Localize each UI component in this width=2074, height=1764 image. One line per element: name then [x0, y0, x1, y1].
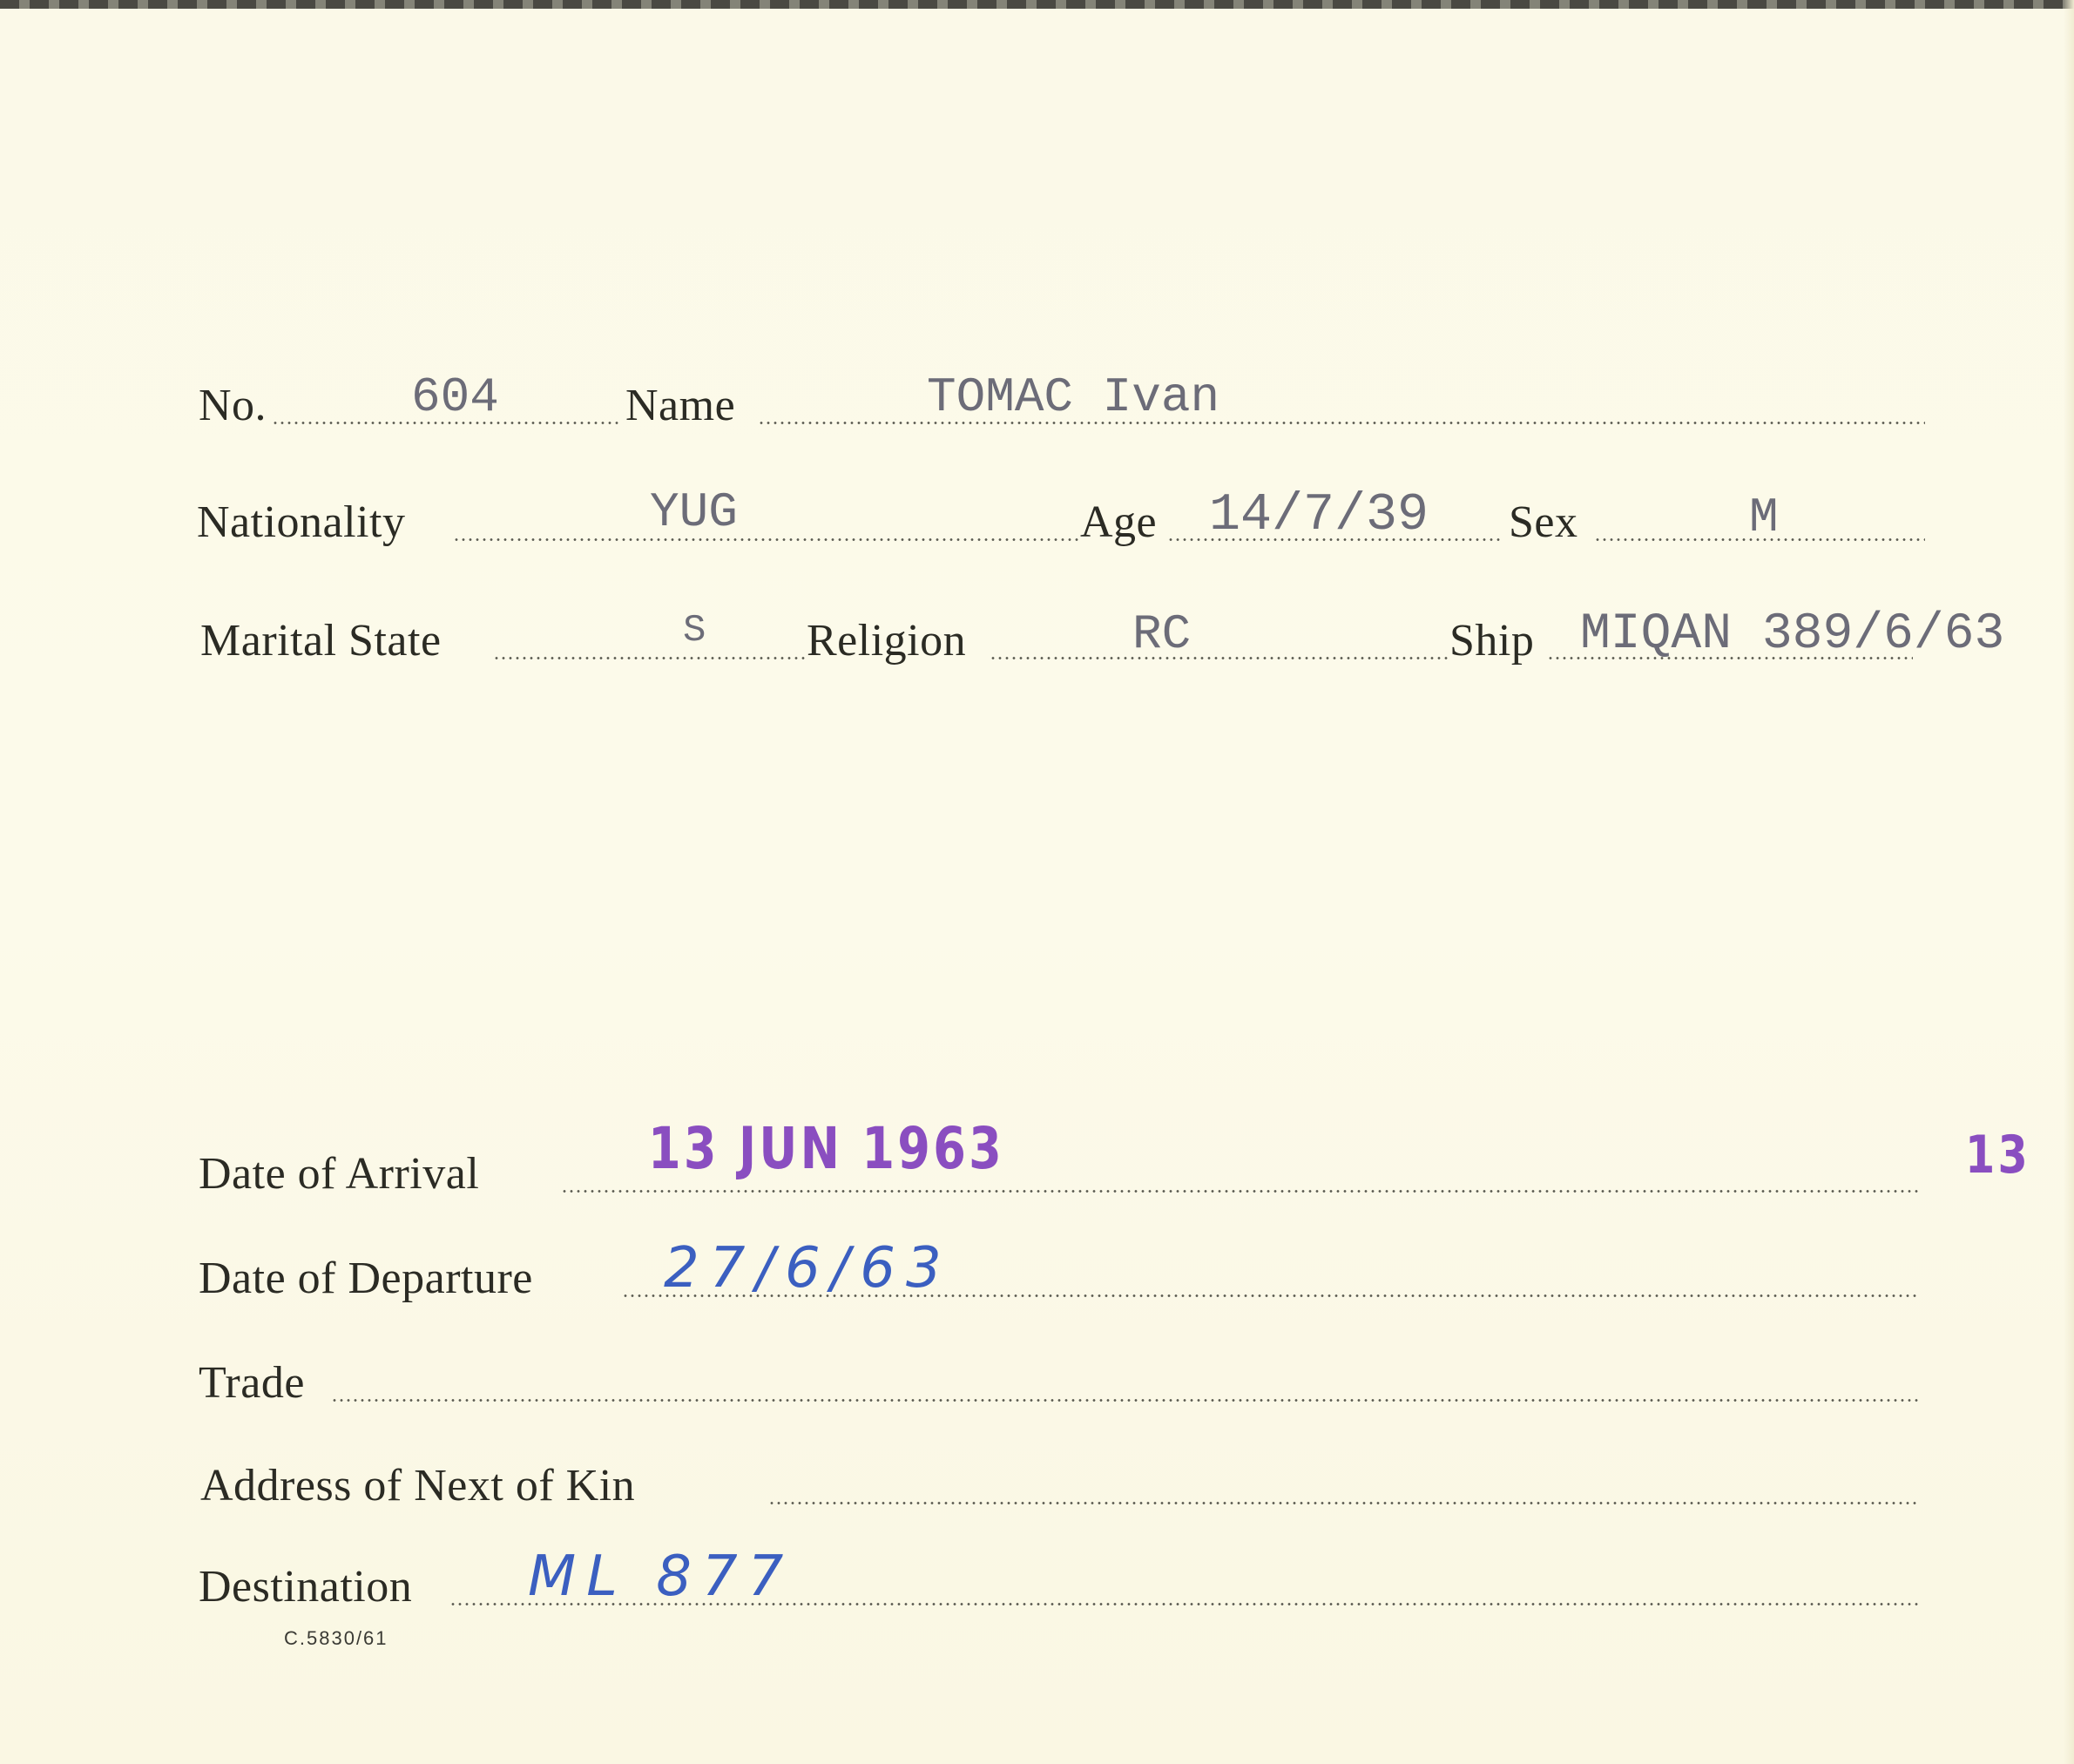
age-label: Age — [1080, 500, 1157, 545]
sex-value: M — [1749, 493, 1779, 542]
name-label: Name — [625, 383, 735, 429]
address-next-of-kin-dotted-line — [768, 1502, 1920, 1504]
nationality-label: Nationality — [197, 500, 405, 545]
name-value: TOMAC Ivan — [927, 373, 1219, 422]
departure-date-handwritten: 27/6/63 — [664, 1240, 952, 1296]
date-of-arrival-dotted-line — [561, 1190, 1920, 1193]
sex-label: Sex — [1509, 500, 1578, 545]
ship-label: Ship — [1449, 618, 1534, 664]
marital-state-dotted-line — [493, 657, 805, 659]
date-of-arrival-label: Date of Arrival — [199, 1152, 479, 1197]
age-value: 14/7/39 — [1209, 490, 1429, 542]
religion-value: RC — [1132, 610, 1191, 659]
form-code: C.5830/61 — [284, 1629, 388, 1648]
marital-state-value: S — [683, 612, 706, 650]
address-next-of-kin-label: Address of Next of Kin — [200, 1463, 635, 1509]
card-right-edge — [2064, 0, 2074, 1764]
marital-state-label: Marital State — [200, 618, 442, 664]
ship-value: MIQAN 389/6/63 — [1580, 610, 2004, 660]
record-card: No. 604 Name TOMAC Ivan Nationality YUG … — [0, 0, 2074, 1764]
arrival-date-stamp: 13 JUN 1963 — [648, 1120, 1004, 1178]
destination-handwritten: ML 877 — [528, 1549, 794, 1605]
nationality-dotted-line — [453, 538, 1080, 541]
nationality-value: YUG — [650, 488, 738, 537]
trade-dotted-line — [331, 1399, 1920, 1402]
no-value: 604 — [411, 373, 499, 422]
no-label: No. — [199, 383, 267, 429]
destination-label: Destination — [199, 1565, 412, 1610]
card-top-edge — [0, 0, 2074, 9]
date-of-departure-label: Date of Departure — [199, 1256, 533, 1301]
margin-stamp-number: 13 — [1965, 1129, 2030, 1181]
religion-label: Religion — [807, 618, 966, 664]
religion-dotted-line — [990, 657, 1449, 659]
trade-label: Trade — [199, 1361, 305, 1406]
